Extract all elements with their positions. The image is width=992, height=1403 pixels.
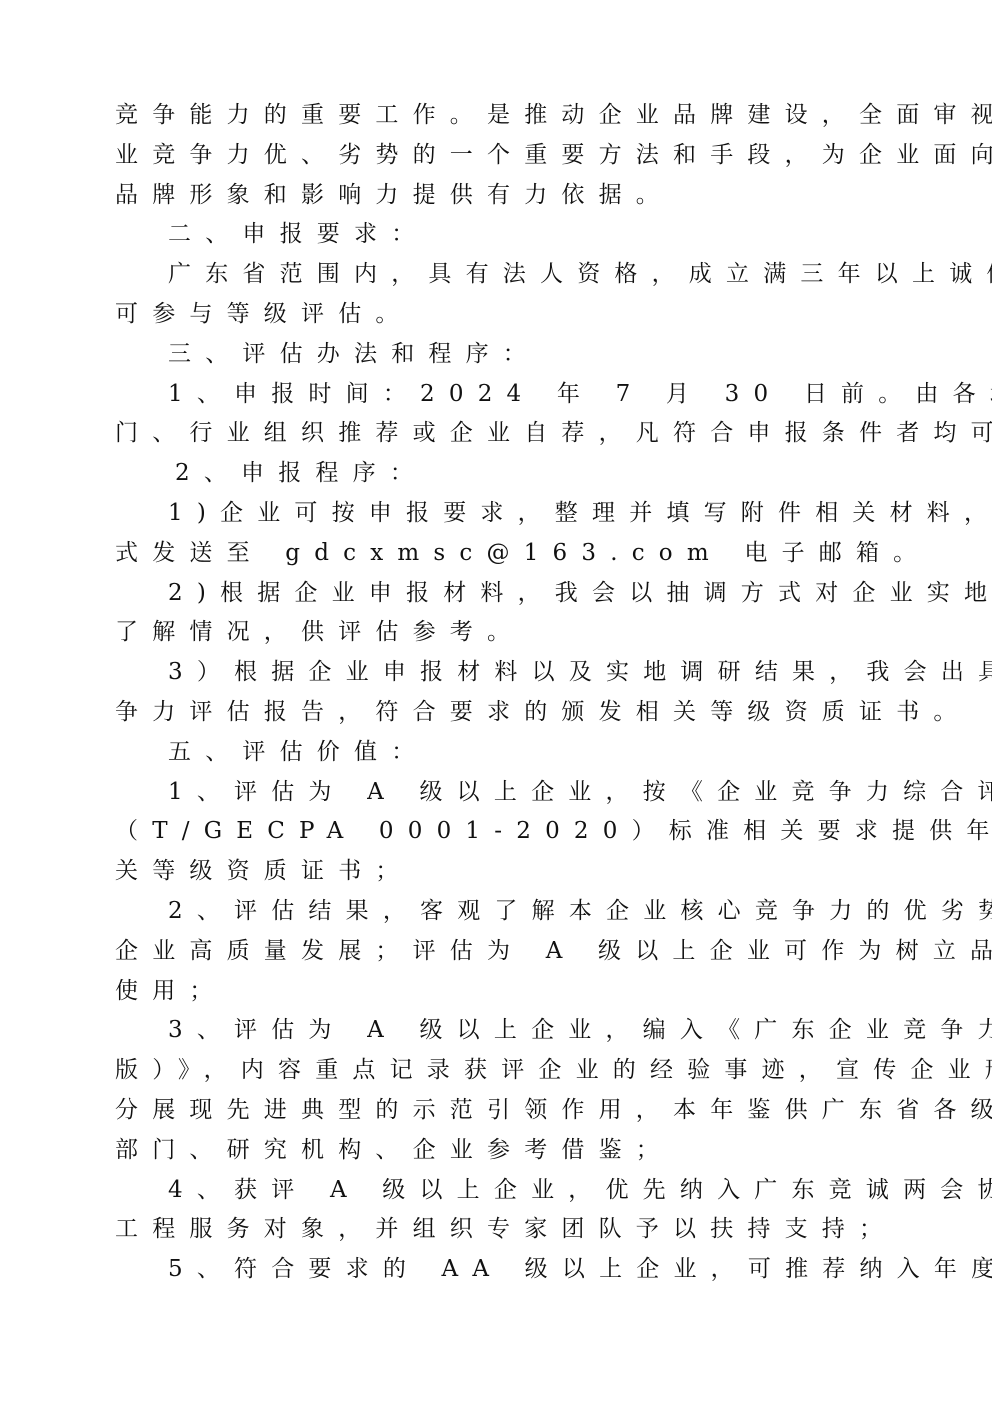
- paragraph-line: 企业高质量发展；评估为 A 级以上企业可作为树立品牌形象宣传: [115, 932, 879, 972]
- list-item-application-procedure: 2、申报程序：: [115, 454, 879, 494]
- value-item-5: 5、符合要求的 AA 级以上企业，可推荐纳入年度发布的“广: [115, 1250, 879, 1290]
- paragraph-line: 了解情况，供评估参考。: [115, 613, 879, 653]
- sub-item-3: 3）根据企业申报材料以及实地调研结果，我会出具企业竞: [115, 653, 879, 693]
- value-item-4: 4、获评 A 级以上企业，优先纳入广东竞诚两会协同创新系统: [115, 1171, 879, 1211]
- paragraph-line: （T/GECPA 0001-2020）标准相关要求提供年度评估报告以及相: [115, 812, 879, 852]
- paragraph-line: 业竞争力优、劣势的一个重要方法和手段，为企业面向市场树立: [115, 136, 879, 176]
- paragraph-line: 门、行业组织推荐或企业自荐，凡符合申报条件者均可申报；: [115, 414, 879, 454]
- paragraph-line: 广东省范围内，具有法人资格，成立满三年以上诚信企业均: [115, 255, 879, 295]
- sub-item-1: 1)企业可按申报要求，整理并填写附件相关材料，以 PDF 格: [115, 494, 879, 534]
- paragraph-line: 部门、研究机构、企业参考借鉴；: [115, 1131, 879, 1171]
- paragraph-line: 版）》，内容重点记录获评企业的经验事迹，宣传企业形象，充: [115, 1051, 879, 1091]
- section-heading-evaluation-value: 五、评估价值：: [115, 733, 879, 773]
- paragraph-line: 品牌形象和影响力提供有力依据。: [115, 176, 879, 216]
- value-item-3: 3、评估为 A 级以上企业，编入《广东企业竞争力年鉴（2024: [115, 1011, 879, 1051]
- value-item-1: 1、评估为 A 级以上企业，按《企业竞争力综合评价规范》: [115, 773, 879, 813]
- paragraph-line: 关等级资质证书；: [115, 852, 879, 892]
- paragraph-line: 竞争能力的重要工作。是推动企业品牌建设，全面审视和展现企: [115, 96, 879, 136]
- paragraph-line-email: 式发送至 gdcxmsc@163.com 电子邮箱。: [115, 534, 879, 574]
- paragraph-line: 争力评估报告，符合要求的颁发相关等级资质证书。: [115, 693, 879, 733]
- paragraph-line: 分展现先进典型的示范引领作用，本年鉴供广东省各级政府相关: [115, 1091, 879, 1131]
- section-heading-evaluation-procedure: 三、评估办法和程序：: [115, 335, 879, 375]
- sub-item-2: 2)根据企业申报材料，我会以抽调方式对企业实地调研实地: [115, 574, 879, 614]
- paragraph-line: 使用；: [115, 972, 879, 1012]
- section-heading-application-requirements: 二、申报要求：: [115, 215, 879, 255]
- document-page: 竞争能力的重要工作。是推动企业品牌建设，全面审视和展现企 业竞争力优、劣势的一个…: [0, 0, 992, 1403]
- document-body: 竞争能力的重要工作。是推动企业品牌建设，全面审视和展现企 业竞争力优、劣势的一个…: [115, 96, 879, 1290]
- list-item-application-time: 1、申报时间：2024 年 7 月 30 日前。由各地级市相关政府部: [115, 375, 879, 415]
- paragraph-line: 可参与等级评估。: [115, 295, 879, 335]
- paragraph-line: 工程服务对象，并组织专家团队予以扶持支持；: [115, 1210, 879, 1250]
- value-item-2: 2、评估结果，客观了解本企业核心竞争力的优劣势，促进: [115, 892, 879, 932]
